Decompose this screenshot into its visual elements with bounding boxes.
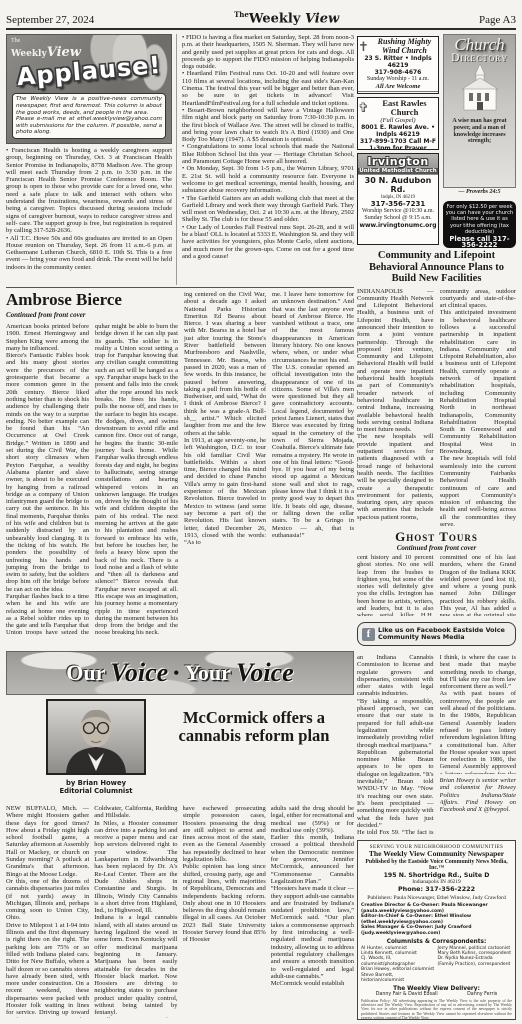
delivery-names: Danny Fair & David Edsall Danny Ferris: [361, 992, 512, 997]
cross-icon: ✝: [358, 42, 369, 52]
service-line: Worship Service @10:30 a.m.: [358, 208, 438, 215]
directory-word-church: Church: [444, 36, 515, 53]
church-phone: 317-356-7231: [358, 201, 438, 208]
church-name: East Rawles Church: [371, 99, 438, 117]
church-phone: 317-908-4676: [358, 69, 438, 76]
bierce-col-2: quhar might be able to burn the bridge d…: [95, 323, 178, 635]
church-directory-banner: Church Directory A wise man has great po…: [443, 34, 516, 188]
bierce-headline: Ambrose Bierce: [6, 291, 178, 309]
church-address: 30 N. Audubon Rd.: [358, 176, 438, 194]
columnists-left: Al Hunter, columnist Linda Kennett, colu…: [361, 946, 436, 984]
community-news-middle: • FIDO is having a flea market on Saturd…: [176, 34, 354, 285]
church-name: Irvington: [358, 155, 438, 168]
bierce-continued-note: Continued from front cover: [6, 311, 178, 319]
directory-verse: A wise man has great power, and a man of…: [444, 118, 515, 145]
ghost-tours-headline: Ghost Tours: [357, 530, 516, 543]
paper-phone: Phone: 317-356-2222: [361, 885, 512, 893]
publisher-line: Published by the Eastside Voice Communit…: [361, 859, 512, 872]
facebook-banner: f Like us on Facebook Eastside Voice Com…: [357, 622, 516, 646]
service-line: Sunday School @ 9:15 a.m.: [358, 215, 438, 222]
mccormick-col-4: adults said the drug should be legal, ei…: [271, 805, 354, 1018]
church-phone: 317-899-1703 Call M-F 1-3pm for Prayer: [358, 138, 438, 150]
church-building-icon: [450, 64, 510, 116]
mccormick-col-6: I think, is where the case is best made …: [440, 654, 517, 774]
delivery-name: Danny Ferris: [467, 992, 497, 997]
masthead: TheWeekly View: [234, 10, 339, 26]
pastor-name: Rev. Dr. Courtney K. Hardy, Sr.: [358, 91, 438, 94]
mccormick-col-5: an Indiana Cannabis Commission to licens…: [357, 654, 434, 834]
staff-box: SERVING YOUR NEIGHBORHOOD COMMUNITIES Th…: [357, 840, 516, 1020]
columnist-portrait: [46, 699, 146, 775]
ghost-col-1: cent history and 10 percent ghost storie…: [357, 554, 434, 616]
bierce-col-4: me. I leave here tomorrow for an unknown…: [272, 291, 354, 643]
church-subname: United Methodist Church: [358, 168, 438, 174]
delivery-name: Danny Fair & David Edsall: [376, 992, 438, 997]
owners-lines: Creative Director & Co-Owner: Paula Nice…: [361, 903, 512, 937]
listing-ad-phone: Please call 317-356-2222: [445, 236, 514, 248]
mccormick-headline: McCormick offers a cannabis reform plan: [154, 709, 354, 745]
welcome-line: All Are Welcome: [358, 83, 438, 90]
applause-column: The WeeklyView Applause! The Weekly View…: [6, 34, 176, 285]
byline: by Brian Howey Editorial Columnist: [36, 779, 156, 795]
paper-address: 195 N. Shortridge Rd., Suite D: [361, 872, 512, 879]
banner-word: Voice: [236, 658, 294, 688]
bierce-col-1: American books printed before 1900. Erne…: [6, 323, 89, 635]
bierce-right-half: ing centered on the Civil War, about a d…: [184, 291, 354, 647]
issue-date: September 27, 2024: [6, 14, 94, 26]
mccormick-col-3: have eschewed prosecuting simple possess…: [183, 805, 266, 1018]
verse-reference: — Proverbs 24:5: [443, 189, 516, 195]
banner-word: Voice: [110, 658, 168, 688]
columnists-title: Columnists & Correspondents:: [361, 939, 512, 945]
applause-graphic: The WeeklyView Applause! The Weekly View…: [6, 34, 172, 144]
lifepoint-article: Community and Lifepoint Behavioral Annou…: [357, 250, 516, 530]
church-address: 8001 E. Rawles Ave. • Indpls 46219: [358, 124, 438, 138]
facebook-icon: f: [362, 628, 375, 641]
cross-icon: ✞: [358, 103, 369, 113]
lifepoint-col-1: INDIANAPOLIS — Community Health Network …: [357, 288, 434, 530]
columnists-columns: Al Hunter, columnist Linda Kennett, colu…: [361, 946, 512, 984]
applause-intro: The Weekly View is a positive-news commu…: [12, 93, 166, 139]
church-website: www.irvingtonumc.org: [358, 222, 438, 229]
author-bio: Brian Howey is senior writer and columni…: [440, 777, 517, 827]
community-news-left: • Franciscan Health is hosting a weekly …: [6, 147, 172, 281]
publication-policy: Publication Policy: All advertising appe…: [361, 999, 512, 1021]
worship-time: Sunday Worship - 11 a.m.: [358, 76, 438, 83]
mccormick-article-header: by Brian Howey Editorial Columnist McCor…: [6, 697, 354, 803]
ghost-tours-article: Ghost Tours Continued from front cover c…: [357, 530, 516, 616]
our-voice-banner: Our Voice • Your Voice: [6, 651, 354, 695]
right-rail: ✝ Rushing Mighty Wind Church 23 S. Ritte…: [357, 34, 516, 1022]
directory-word-directory: Directory: [444, 53, 515, 64]
page-number: Page A3: [479, 14, 516, 26]
mccormick-col-1: NEW BUFFALO, Mich. — Where might Hoosier…: [6, 805, 89, 1018]
page-header: September 27, 2024 TheWeekly View Page A…: [6, 4, 516, 30]
irvington-umc-ad: Irvington United Methodist Church 30 N. …: [357, 153, 439, 245]
bierce-left-half: Ambrose Bierce Continued from front cove…: [6, 291, 178, 647]
lifepoint-col-2: community areas, outdoor courtyards and …: [440, 288, 517, 530]
rushing-mighty-wind-ad: ✝ Rushing Mighty Wind Church 23 S. Ritte…: [357, 36, 439, 94]
top-row: The WeeklyView Applause! The Weekly View…: [6, 34, 354, 285]
publishers-line: Publishers: Paula Nicewanger, Ethel Wins…: [361, 895, 512, 902]
lifepoint-headline: Community and Lifepoint Behavioral Annou…: [357, 250, 516, 285]
church-name: Rushing Mighty Wind Church: [371, 38, 438, 55]
bierce-col-3: ing centered on the Civil War, about a d…: [184, 291, 266, 643]
banner-word: Our: [66, 660, 105, 686]
church-address: 23 S. Ritter • Indpls 46219: [358, 55, 438, 69]
mccormick-rail-columns: an Indiana Cannabis Commission to licens…: [357, 654, 516, 834]
bierce-article: Ambrose Bierce Continued from front cove…: [6, 287, 354, 647]
east-rawles-ad: ✞ East Rawles Church (Full Gospel) 8001 …: [357, 97, 439, 150]
banner-word: Your: [184, 660, 230, 686]
church-listing-ad: For only $12.50 per week you can have yo…: [443, 201, 516, 248]
irvington-header: Irvington United Methodist Church: [358, 154, 438, 175]
weekly-view-logo: The WeeklyView: [11, 38, 81, 60]
church-tag: (Full Gospel): [358, 117, 438, 124]
banner-separator: •: [173, 663, 179, 684]
ghost-col-2: committed one of his last murders, where…: [440, 554, 517, 616]
newspaper-page: September 27, 2024 TheWeekly View Page A…: [0, 0, 522, 1024]
columnists-right: Jerry Mannel, political cartoonist Mary …: [438, 946, 513, 984]
ghost-continued-note: Continued from front cover: [357, 544, 516, 552]
facebook-banner-text: Like us on Facebook Eastside Voice Commu…: [378, 627, 511, 641]
mccormick-body-columns: NEW BUFFALO, Mich. — Where might Hoosier…: [6, 805, 354, 1018]
mccormick-col-2: Coldwater, California, Redding and Hills…: [94, 805, 177, 1018]
paper-name: The Weekly View Community Newspaper: [361, 850, 512, 859]
